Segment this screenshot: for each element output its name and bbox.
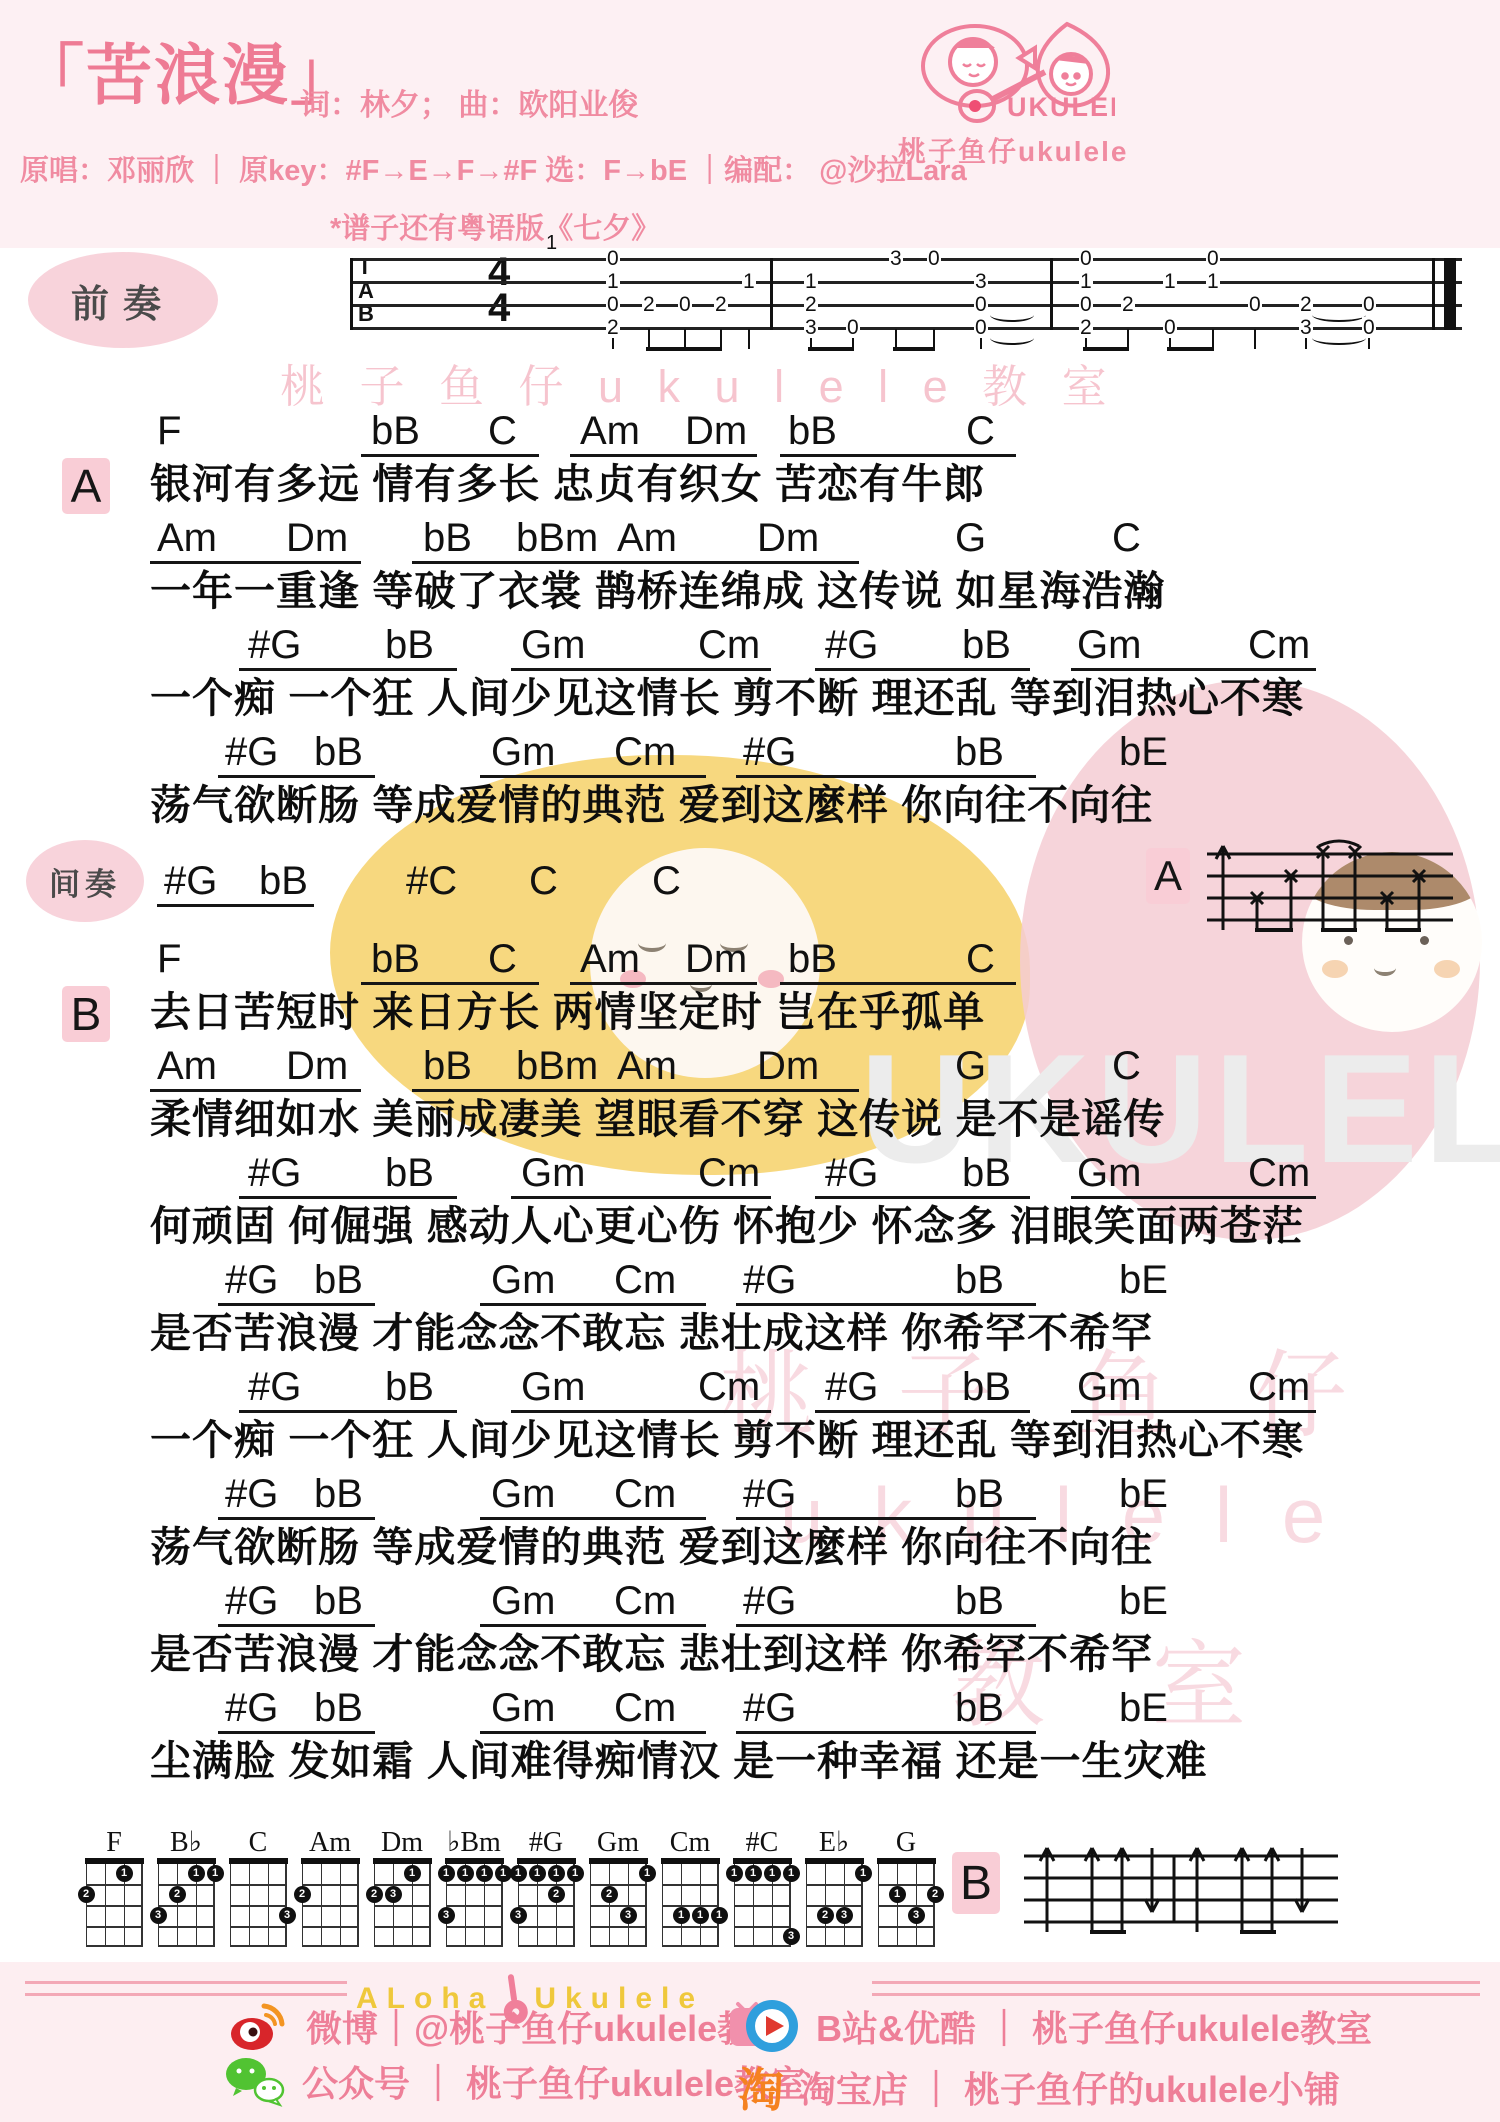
finger-dot: 2 — [78, 1886, 95, 1903]
finger-dot: 3 — [908, 1907, 925, 1924]
chord-diagram-label: Dm — [373, 1828, 431, 1860]
song-body: FbBCAmDmbBCA银河有多远 情有多长 忠贞有织女 苦恋有牛郎AmDmbB… — [0, 408, 1500, 1792]
wechat-icon — [224, 2054, 286, 2108]
finger-dot: 1 — [495, 1865, 512, 1882]
chord-symbol: bB — [423, 1043, 472, 1089]
chord-symbol: #G — [248, 1150, 301, 1196]
chord-diagram-Am: Am2 — [301, 1828, 359, 1947]
tab-fret-number: 2 — [1299, 294, 1313, 315]
finger-dot: 1 — [116, 1865, 133, 1882]
chord-diagram-B♭: B♭1123 — [157, 1828, 215, 1947]
lyric-row: B去日苦短时 来日方长 两情坚定时 岂在乎孤单 — [0, 984, 1500, 1043]
chord-symbol: #C — [406, 858, 457, 904]
chord-diagram-label: Cm — [661, 1828, 719, 1860]
chord-symbol: Am — [157, 1043, 217, 1089]
finger-dot: 1 — [726, 1865, 743, 1882]
chord-symbol: bB — [314, 1471, 363, 1517]
chord-symbol: bB — [385, 622, 434, 668]
lyric-line: 荡气欲断肠 等成爱情的典范 爱到这麼样 你向往不向往 — [150, 777, 1153, 834]
finger-dot: 1 — [745, 1865, 762, 1882]
finger-dot: 2 — [294, 1886, 311, 1903]
chord-row: AmDmbBbBmAmDmGC — [0, 515, 1500, 563]
chord-symbol: Dm — [757, 1043, 819, 1089]
chord-symbol: Gm — [521, 1364, 585, 1410]
chord-symbol: Cm — [698, 1150, 760, 1196]
footer-bilibili-youku: B站&优酷 ｜ 桃子鱼仔ukulele教室 — [730, 1998, 1372, 2054]
chord-symbol: Gm — [1077, 1364, 1141, 1410]
footer-weibo: 微博｜@桃子鱼仔ukulele教室 — [228, 1998, 789, 2054]
chord-symbol: F — [157, 408, 181, 454]
finger-dot: 2 — [169, 1886, 186, 1903]
finger-dot: 1 — [639, 1865, 656, 1882]
chord-symbol: Cm — [1248, 1150, 1310, 1196]
chord-symbol: F — [157, 936, 181, 982]
chord-symbol: bB — [955, 1471, 1004, 1517]
chord-symbol: bB — [385, 1364, 434, 1410]
lyric-row: 一个痴 一个狂 人间少见这情长 剪不断 理还乱 等到泪热心不寒 — [0, 670, 1500, 729]
finger-dot: 2 — [366, 1886, 383, 1903]
tab-fret-number: 0 — [974, 317, 988, 338]
tab-fret-number: 0 — [1362, 294, 1376, 315]
chord-symbol: bB — [259, 858, 308, 904]
finger-dot: 1 — [404, 1865, 421, 1882]
chord-symbol: Gm — [1077, 622, 1141, 668]
chord-symbol: Cm — [1248, 622, 1310, 668]
logo-word: UKULELE — [1007, 92, 1115, 122]
chord-symbol: bE — [1119, 1685, 1168, 1731]
lyric-line: 银河有多远 情有多长 忠贞有织女 苦恋有牛郎 — [150, 456, 985, 513]
chord-diagram-label: C — [229, 1828, 287, 1860]
time-sig-bottom: 4 — [488, 290, 510, 326]
chord-symbol: C — [1112, 1043, 1141, 1089]
tab-fret-number: 2 — [1079, 317, 1093, 338]
chord-symbol: bB — [955, 1685, 1004, 1731]
divider-line-left — [25, 1981, 347, 1996]
chord-symbol: Gm — [521, 622, 585, 668]
chord-symbol: bB — [788, 936, 837, 982]
chord-symbol: C — [529, 858, 558, 904]
studio-logo: UKULELE — [915, 14, 1115, 131]
tab-fret-number: 2 — [804, 294, 818, 315]
lyric-row: 尘满脸 发如霜 人间难得痴情汉 是一种幸福 还是一生灾难 — [0, 1733, 1500, 1792]
chord-symbol: bB — [314, 729, 363, 775]
finger-dot: 1 — [855, 1865, 872, 1882]
divider-line-right — [872, 1981, 1480, 1996]
chord-underline — [157, 904, 314, 907]
chord-symbol: Cm — [698, 622, 760, 668]
finger-dot: 2 — [601, 1886, 618, 1903]
intro-tab-staff: T A B 4 4 1 0102202112303030001022100102… — [350, 258, 1462, 330]
finger-dot: 1 — [692, 1907, 709, 1924]
chord-symbol: bBm — [516, 515, 598, 561]
chord-symbol: Cm — [614, 729, 676, 775]
chord-diagram-F: F12 — [85, 1828, 143, 1947]
finger-dot: 3 — [620, 1907, 637, 1924]
chord-symbol: Cm — [614, 1471, 676, 1517]
tab-fret-number: 3 — [974, 271, 988, 292]
chord-symbol: Dm — [286, 1043, 348, 1089]
chord-symbol: bB — [371, 408, 420, 454]
chord-diagram-label: Gm — [589, 1828, 647, 1860]
finger-dot: 1 — [476, 1865, 493, 1882]
chord-diagram-label: G — [877, 1828, 935, 1860]
chord-symbol: Gm — [491, 1685, 555, 1731]
tab-fret-number: 1 — [1163, 271, 1177, 292]
chord-row: #GbBGmCm#GbBbE — [0, 1471, 1500, 1519]
chord-symbol: C — [488, 936, 517, 982]
chord-symbol: Am — [157, 515, 217, 561]
section-badge-B: B — [62, 986, 110, 1042]
lyric-line: 一个痴 一个狂 人间少见这情长 剪不断 理还乱 等到泪热心不寒 — [150, 1412, 1304, 1469]
chord-diagram-Dm: Dm123 — [373, 1828, 431, 1947]
tab-fret-number: 2 — [714, 294, 728, 315]
tab-fret-number: 0 — [1248, 294, 1262, 315]
chord-symbol: bB — [423, 515, 472, 561]
weibo-icon — [228, 1998, 290, 2054]
finger-dot: 3 — [279, 1907, 296, 1924]
chord-symbol: Cm — [614, 1685, 676, 1731]
chord-symbol: #G — [248, 1364, 301, 1410]
key-info: 原唱：邓丽欣 ｜ 原key：#F→E→F→#F 选：F→bE ｜编配： @沙拉L… — [20, 148, 967, 189]
chord-symbol: Cm — [1248, 1364, 1310, 1410]
chord-symbol: bB — [962, 1364, 1011, 1410]
chord-symbol: bB — [314, 1257, 363, 1303]
lyric-row: 柔情细如水 美丽成凄美 望眼看不穿 这传说 是不是谣传 — [0, 1091, 1500, 1150]
chord-symbol: Dm — [286, 515, 348, 561]
lyric-row: 是否苦浪漫 才能念念不敢忘 悲壮成这样 你希罕不希罕 — [0, 1305, 1500, 1364]
tab-fret-number: 3 — [889, 248, 903, 269]
chord-row: #GbBGmCm#GbBGmCm — [0, 1364, 1500, 1412]
chord-diagram-label: E♭ — [805, 1828, 863, 1860]
chord-row: AmDmbBbBmAmDmGC — [0, 1043, 1500, 1091]
chord-symbol: #G — [225, 1685, 278, 1731]
chord-diagram-Gm: Gm123 — [589, 1828, 647, 1947]
chord-row: FbBCAmDmbBC — [0, 408, 1500, 456]
chord-diagram-label: ♭Bm — [445, 1828, 503, 1860]
finger-dot: 3 — [385, 1886, 402, 1903]
lyric-line: 是否苦浪漫 才能念念不敢忘 悲壮成这样 你希罕不希罕 — [150, 1305, 1153, 1362]
chord-symbol: Cm — [614, 1257, 676, 1303]
chord-symbol: #G — [743, 1257, 796, 1303]
finger-dot: 1 — [711, 1907, 728, 1924]
tab-fret-number: 2 — [606, 317, 620, 338]
chord-diagram-♭Bm: ♭Bm11113 — [445, 1828, 503, 1947]
chord-symbol: Gm — [491, 1471, 555, 1517]
chord-symbol: bB — [788, 408, 837, 454]
studio-name: 桃子鱼仔ukulele — [898, 130, 1128, 170]
finger-dot: 1 — [548, 1865, 565, 1882]
chord-symbol: bE — [1119, 1257, 1168, 1303]
tab-fret-number: 0 — [1163, 317, 1177, 338]
chord-symbol: bE — [1119, 1578, 1168, 1624]
chord-diagram-#G: #G111123 — [517, 1828, 575, 1947]
chord-symbol: #G — [743, 729, 796, 775]
tab-fret-number: 0 — [927, 248, 941, 269]
finger-dot: 1 — [567, 1865, 584, 1882]
chord-symbol: #G — [164, 858, 217, 904]
lyric-line: 尘满脸 发如霜 人间难得痴情汉 是一种幸福 还是一生灾难 — [150, 1733, 1208, 1790]
chord-diagram-C: C3 — [229, 1828, 287, 1947]
finger-dot: 2 — [817, 1907, 834, 1924]
footer-weibo-text: 微博｜@桃子鱼仔ukulele教室 — [306, 2001, 789, 2052]
chord-symbol: #G — [225, 729, 278, 775]
tab-fret-number: 0 — [1362, 317, 1376, 338]
finger-dot: 1 — [889, 1886, 906, 1903]
tab-fret-number: 1 — [1206, 271, 1220, 292]
tab-fret-number: 0 — [606, 248, 620, 269]
lyric-row: 荡气欲断肠 等成爱情的典范 爱到这麼样 你向往不向往 — [0, 1519, 1500, 1578]
chord-symbol: C — [652, 858, 681, 904]
chord-symbol: Gm — [521, 1150, 585, 1196]
chord-diagram-label: B♭ — [157, 1828, 215, 1860]
finger-dot: 2 — [548, 1886, 565, 1903]
chord-symbol: Cm — [614, 1578, 676, 1624]
tab-fret-number: 0 — [678, 294, 692, 315]
section-badge-A: A — [62, 458, 110, 514]
chord-symbol: G — [955, 1043, 986, 1089]
chord-symbol: bB — [962, 1150, 1011, 1196]
chord-diagram-label: F — [85, 1828, 143, 1860]
tab-fret-number: 0 — [846, 317, 860, 338]
chord-diagram-#C: #C11113 — [733, 1828, 791, 1947]
chord-symbol: Dm — [685, 936, 747, 982]
chord-symbol: Dm — [757, 515, 819, 561]
chord-row: #GbBGmCm#GbBGmCm — [0, 1150, 1500, 1198]
chord-symbol: #G — [743, 1685, 796, 1731]
tab-fret-number: 0 — [1079, 294, 1093, 315]
chord-symbol: bB — [314, 1578, 363, 1624]
chord-row: #GbBGmCm#GbBbE — [0, 1578, 1500, 1626]
chord-symbol: Dm — [685, 408, 747, 454]
chord-row: #GbBGmCm#GbBbE — [0, 1685, 1500, 1733]
tab-fret-number: 1 — [742, 271, 756, 292]
chord-symbol: bB — [955, 729, 1004, 775]
strum-pattern-b — [1022, 1840, 1342, 1940]
finger-dot: 3 — [510, 1907, 527, 1924]
chord-symbol: #G — [825, 622, 878, 668]
chord-symbol: bE — [1119, 729, 1168, 775]
chord-diagram-Cm: Cm111 — [661, 1828, 719, 1947]
chord-symbol: Gm — [491, 1257, 555, 1303]
finger-dot: 1 — [510, 1865, 527, 1882]
lyric-row: 一年一重逢 等破了衣裳 鹊桥连绵成 这传说 如星海浩瀚 — [0, 563, 1500, 622]
lyric-row: 荡气欲断肠 等成爱情的典范 爱到这麼样 你向往不向往 — [0, 777, 1500, 836]
tab-fret-number: 0 — [974, 294, 988, 315]
tab-fret-number: 0 — [1079, 248, 1093, 269]
chord-row: #GbBGmCm#GbBbE — [0, 1257, 1500, 1305]
version-note: *谱子还有粤语版《七夕》 — [330, 206, 660, 247]
chord-symbol: C — [488, 408, 517, 454]
chord-symbol: Am — [617, 515, 677, 561]
finger-dot: 3 — [836, 1907, 853, 1924]
finger-dot: 1 — [529, 1865, 546, 1882]
chord-symbol: bB — [314, 1685, 363, 1731]
chord-symbol: #G — [225, 1257, 278, 1303]
tab-fret-number: 0 — [606, 294, 620, 315]
lyric-line: 是否苦浪漫 才能念念不敢忘 悲壮到这样 你希罕不希罕 — [150, 1626, 1153, 1683]
footer-wechat-text: 公众号 ｜ 桃子鱼仔ukulele教室 — [302, 2056, 806, 2107]
credits: 词：林夕； 曲：欧阳业俊 — [300, 80, 638, 124]
finger-dot: 1 — [438, 1865, 455, 1882]
lyric-row: A银河有多远 情有多长 忠贞有织女 苦恋有牛郎 — [0, 456, 1500, 515]
tab-fret-number: 0 — [1206, 248, 1220, 269]
interlude-label: 间奏 — [26, 840, 144, 922]
strum-b-badge: B — [952, 1852, 1000, 1914]
sheet-page: UKULELE 桃 子 鱼 仔 u k u l e l e 教 室 桃 子 鱼 … — [0, 0, 1500, 2122]
chord-symbol: Gm — [491, 1578, 555, 1624]
chord-symbol: bB — [955, 1257, 1004, 1303]
chord-diagram-G: G123 — [877, 1828, 935, 1947]
taobao-icon: 淘 — [738, 2054, 784, 2120]
footer-taobao-text: 淘宝店 ｜ 桃子鱼仔的ukulele小铺 — [800, 2062, 1340, 2113]
chord-symbol: bB — [962, 622, 1011, 668]
chord-symbol: C — [966, 936, 995, 982]
chord-symbol: bBm — [516, 1043, 598, 1089]
chord-symbol: G — [955, 515, 986, 561]
tab-fret-number: 1 — [606, 271, 620, 292]
finger-dot: 1 — [783, 1865, 800, 1882]
lyric-row: 何顽固 何倔强 感动人心更心伤 怀抱少 怀念多 泪眼笑面两苍茫 — [0, 1198, 1500, 1257]
tab-fret-number: 3 — [1299, 317, 1313, 338]
chord-symbol: Gm — [491, 729, 555, 775]
finger-dot: 3 — [783, 1928, 800, 1945]
chord-symbol: Cm — [698, 1364, 760, 1410]
finger-dot: 1 — [207, 1865, 224, 1882]
lyric-line: 柔情细如水 美丽成凄美 望眼看不穿 这传说 是不是谣传 — [150, 1091, 1166, 1148]
chord-symbol: #G — [743, 1578, 796, 1624]
footer-taobao: 淘 淘宝店 ｜ 桃子鱼仔的ukulele小铺 — [738, 2054, 1340, 2120]
intro-label: 前奏 — [28, 252, 218, 348]
strum-a-badge: A — [1146, 848, 1190, 904]
chord-row: #GbBGmCm#GbBbE — [0, 729, 1500, 777]
watermark-studio-line: 桃 子 鱼 仔 u k u l e l e 教 室 — [280, 350, 1118, 415]
chord-symbol: #G — [248, 622, 301, 668]
lyric-row: 一个痴 一个狂 人间少见这情长 剪不断 理还乱 等到泪热心不寒 — [0, 1412, 1500, 1471]
lyric-line: 一年一重逢 等破了衣裳 鹊桥连绵成 这传说 如星海浩瀚 — [150, 563, 1166, 620]
chord-symbol: #G — [225, 1578, 278, 1624]
chord-symbol: Gm — [1077, 1150, 1141, 1196]
chord-symbol: bB — [385, 1150, 434, 1196]
chord-symbol: C — [966, 408, 995, 454]
chord-diagram-label: #C — [733, 1828, 791, 1860]
finger-dot: 1 — [457, 1865, 474, 1882]
chord-symbol: #G — [225, 1471, 278, 1517]
finger-dot: 2 — [927, 1886, 944, 1903]
tab-fret-number: 2 — [1121, 294, 1135, 315]
lyric-row: 是否苦浪漫 才能念念不敢忘 悲壮到这样 你希罕不希罕 — [0, 1626, 1500, 1685]
finger-dot: 1 — [764, 1865, 781, 1882]
strum-pattern-a — [1205, 838, 1457, 938]
chord-symbol: Am — [580, 936, 640, 982]
chord-diagram-label: Am — [301, 1828, 359, 1860]
finger-dot: 3 — [438, 1907, 455, 1924]
chord-symbol: bB — [371, 936, 420, 982]
chord-diagram-E♭: E♭123 — [805, 1828, 863, 1947]
lyric-line: 去日苦短时 来日方长 两情坚定时 岂在乎孤单 — [150, 984, 985, 1041]
chord-row: FbBCAmDmbBC — [0, 936, 1500, 984]
chord-symbol: Am — [617, 1043, 677, 1089]
lyric-line: 荡气欲断肠 等成爱情的典范 爱到这麼样 你向往不向往 — [150, 1519, 1153, 1576]
tab-fret-number: 1 — [1079, 271, 1093, 292]
lyric-line: 何顽固 何倔强 感动人心更心伤 怀抱少 怀念多 泪眼笑面两苍茫 — [150, 1198, 1304, 1255]
tab-fret-number: 1 — [804, 271, 818, 292]
lyric-line: 一个痴 一个狂 人间少见这情长 剪不断 理还乱 等到泪热心不寒 — [150, 670, 1304, 727]
chord-symbol: #G — [743, 1471, 796, 1517]
chord-symbol: #G — [825, 1150, 878, 1196]
finger-dot: 3 — [150, 1907, 167, 1924]
chord-symbol: bB — [955, 1578, 1004, 1624]
tab-fret-number: 2 — [642, 294, 656, 315]
chord-symbol: bE — [1119, 1471, 1168, 1517]
finger-dot: 1 — [188, 1865, 205, 1882]
chord-row: #GbBGmCm#GbBGmCm — [0, 622, 1500, 670]
footer-wechat: 公众号 ｜ 桃子鱼仔ukulele教室 — [224, 2054, 806, 2108]
tab-fret-number: 3 — [804, 317, 818, 338]
chord-symbol: Am — [580, 408, 640, 454]
finger-dot: 1 — [673, 1907, 690, 1924]
chord-symbol: #G — [825, 1364, 878, 1410]
chord-symbol: C — [1112, 515, 1141, 561]
bilibili-play-icon — [730, 1998, 800, 2054]
footer-bilibili-text: B站&优酷 ｜ 桃子鱼仔ukulele教室 — [816, 2001, 1372, 2052]
chord-diagram-label: #G — [517, 1828, 575, 1860]
